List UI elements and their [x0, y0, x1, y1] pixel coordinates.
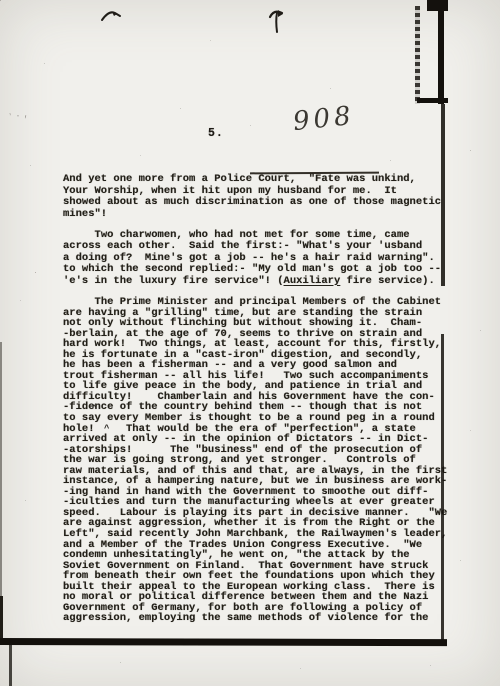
handwritten-folio-number: 908 [292, 101, 356, 137]
scan-edge-right [441, 334, 444, 640]
scan-edge-left [0, 596, 3, 640]
handwritten-chevron-mark-icon [100, 7, 124, 23]
paragraph-charwomen: Two charwomen, who had not met for some … [63, 230, 459, 287]
scan-edge-tick [417, 98, 448, 103]
scan-edge-right [441, 104, 445, 286]
insertion-caret-mark: ^ [91, 404, 97, 414]
insertion-caret-mark: ^ [104, 424, 109, 434]
pencil-scribble-mark: ʼ·‚ [7, 109, 31, 123]
scan-edge-speckled-strip [415, 6, 420, 104]
scan-edge-right [438, 0, 444, 104]
paragraph-police-court: And yet one more from a Police Court, "F… [63, 174, 459, 220]
page-number: 5. [208, 127, 224, 140]
scan-edge-bottom-tail [9, 645, 12, 686]
dust-specks [0, 0, 1, 1]
document-scan-page: ʼ·‚ 5. 908 And yet one more from a Polic… [0, 0, 500, 686]
scan-edge-bottom [0, 638, 447, 646]
paragraph-prime-minister: The Prime Minister and principal Members… [63, 297, 459, 624]
paragraph-charwomen-tail: fire service). [340, 275, 435, 287]
handwritten-up-arrow-mark-icon [267, 6, 287, 34]
scan-edge-left [0, 342, 2, 598]
underlined-word-auxiliary: Auxiliary [284, 275, 341, 287]
